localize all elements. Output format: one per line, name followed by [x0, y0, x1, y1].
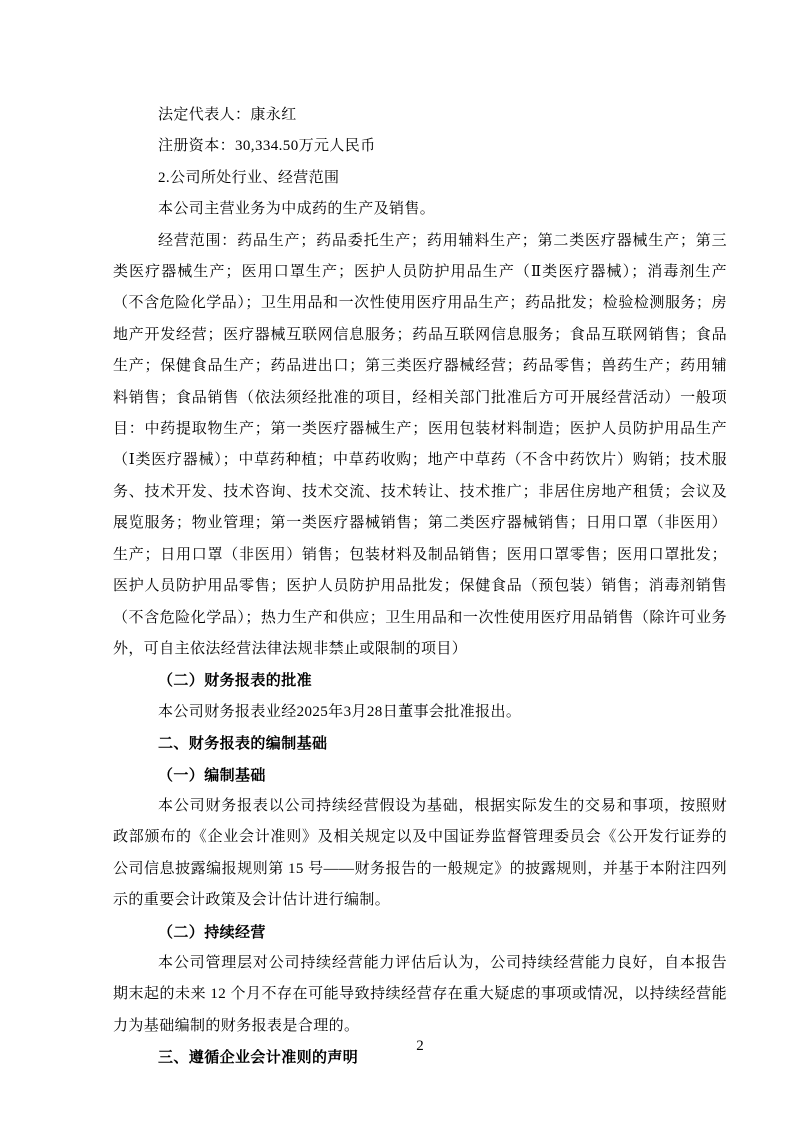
para-industry-scope-label: 2.公司所处行业、经营范围: [113, 163, 727, 194]
heading-preparation-basis-section: 二、财务报表的编制基础: [113, 728, 727, 759]
para-main-business: 本公司主营业务为中成药的生产及销售。: [113, 194, 727, 225]
para-registered-capital: 注册资本：30,334.50万元人民币: [113, 131, 727, 162]
document-page: 法定代表人：康永红 注册资本：30,334.50万元人民币 2.公司所处行业、经…: [0, 0, 794, 1122]
document-body: 法定代表人：康永红 注册资本：30,334.50万元人民币 2.公司所处行业、经…: [113, 100, 727, 1074]
para-statements-approval-date: 本公司财务报表业经2025年3月28日董事会批准报出。: [113, 697, 727, 728]
heading-financial-statements-approval: （二）财务报表的批准: [113, 665, 727, 696]
para-preparation-basis: 本公司财务报表以公司持续经营假设为基础，根据实际发生的交易和事项，按照财政部颁布…: [113, 791, 727, 917]
heading-preparation-basis: （一）编制基础: [113, 760, 727, 791]
para-legal-representative: 法定代表人：康永红: [113, 100, 727, 131]
heading-going-concern: （二）持续经营: [113, 917, 727, 948]
para-going-concern: 本公司管理层对公司持续经营能力评估后认为，公司持续经营能力良好，自本报告期末起的…: [113, 948, 727, 1042]
para-business-scope: 经营范围：药品生产；药品委托生产；药用辅料生产；第二类医疗器械生产；第三类医疗器…: [113, 226, 727, 666]
page-number: 2: [113, 1036, 727, 1056]
